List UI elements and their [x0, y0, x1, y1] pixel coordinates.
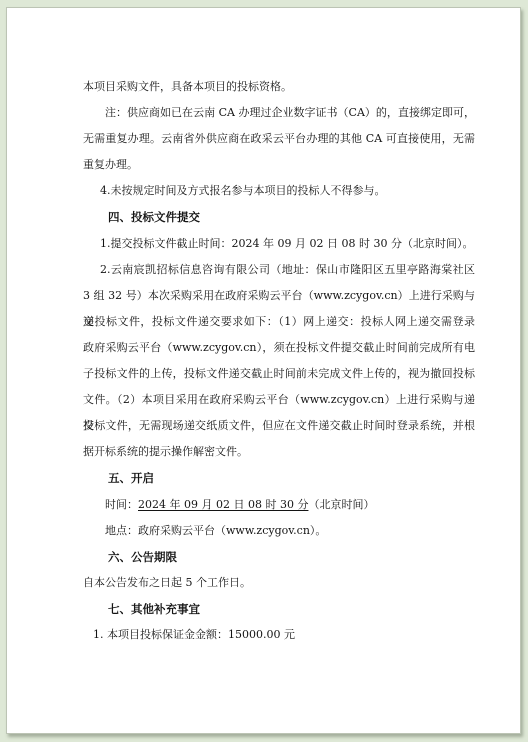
document-page: 本项目采购文件，具备本项目的投标资格。注：供应商如已在云南 CA 办理过企业数字… — [6, 7, 521, 734]
section-heading: 七、其他补充事宜 — [83, 596, 475, 622]
document-line: 无需重复办理。云南省外供应商在政采云平台办理的其他 CA 可直接使用，无需 — [83, 126, 475, 152]
document-line: 文件。（2）本项目采用在政府采购云平台（www.zcygov.cn）上进行采购与… — [83, 387, 475, 413]
line-text: （北京时间） — [308, 498, 374, 511]
document-line: 注：供应商如已在云南 CA 办理过企业数字证书（CA）的，直接绑定即可， — [83, 100, 475, 126]
document-line: 4.未按规定时间及方式报名参与本项目的投标人不得参与。 — [83, 178, 475, 204]
page-background: 本项目采购文件，具备本项目的投标资格。注：供应商如已在云南 CA 办理过企业数字… — [0, 0, 528, 742]
document-line: 地点：政府采购云平台（www.zcygov.cn）。 — [83, 518, 475, 544]
document-line: 本项目采购文件，具备本项目的投标资格。 — [83, 74, 475, 100]
document-line: 政府采购云平台（www.zcygov.cn），须在投标文件提交截止时间前完成所有… — [83, 335, 475, 361]
document-line: 1.提交投标文件截止时间：2024 年 09 月 02 日 08 时 30 分（… — [83, 231, 475, 257]
document-line: 投标文件，无需现场递交纸质文件，但应在文件递交截止时间时登录系统，并根 — [83, 413, 475, 439]
line-text: 时间： — [105, 498, 138, 511]
document-line: 3 组 32 号）本次采购采用在政府采购云平台（www.zcygov.cn）上进… — [83, 283, 475, 309]
document-line: 2.云南宸凯招标信息咨询有限公司（地址：保山市隆阳区五里亭路海棠社区 — [83, 257, 475, 283]
document-line: 交投标文件，投标文件递交要求如下：（1）网上递交：投标人网上递交需登录 — [83, 309, 475, 335]
section-heading: 六、公告期限 — [83, 544, 475, 570]
document-text: 本项目采购文件，具备本项目的投标资格。注：供应商如已在云南 CA 办理过企业数字… — [83, 74, 475, 648]
section-heading: 四、投标文件提交 — [83, 204, 475, 230]
underlined-datetime: 2024 年 09 月 02 日 08 时 30 分 — [138, 498, 308, 511]
document-line: 自本公告发布之日起 5 个工作日。 — [83, 570, 475, 596]
document-line: 时间：2024 年 09 月 02 日 08 时 30 分（北京时间） — [83, 492, 475, 518]
section-heading: 五、开启 — [83, 465, 475, 491]
document-line: 据开标系统的提示操作解密文件。 — [83, 439, 475, 465]
document-line: 重复办理。 — [83, 152, 475, 178]
document-line: 1. 本项目投标保证金金额：15000.00 元 — [83, 622, 475, 648]
document-line: 子投标文件的上传，投标文件递交截止时间前未完成文件上传的，视为撤回投标 — [83, 361, 475, 387]
